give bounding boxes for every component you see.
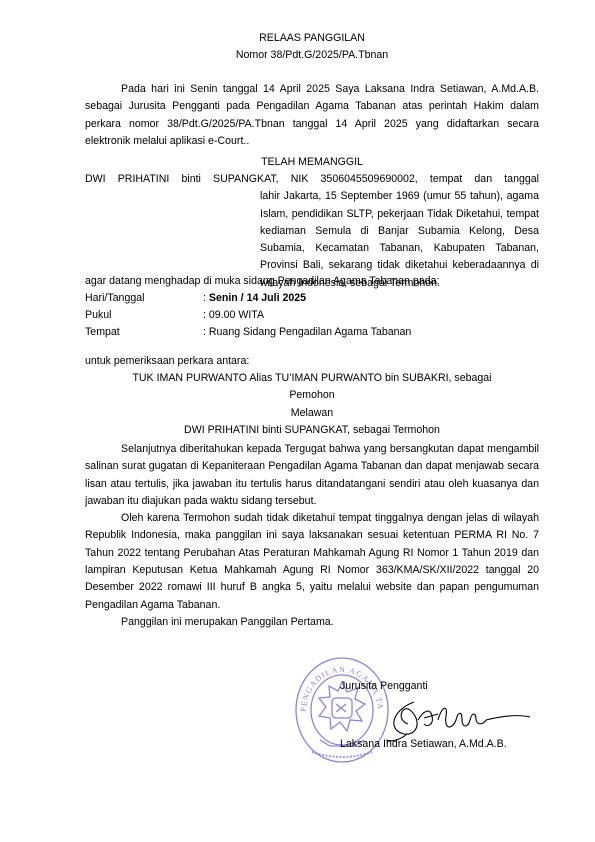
schedule-row-date: Hari/Tanggal : Senin / 14 Juli 2025 (85, 290, 539, 307)
schedule-lead: agar datang menghadap di muka sidang Pen… (85, 273, 539, 290)
petitioner-role: Pemohon (85, 387, 539, 404)
intro-paragraph: Pada hari ini Senin tanggal 14 April 202… (85, 81, 539, 150)
signer-role: Jurusita Pengganti (340, 680, 428, 692)
paragraph-legal-basis: Oleh karena Termohon sudah tidak diketah… (85, 510, 539, 614)
petitioner: TUK IMAN PURWANTO Alias TU’IMAN PURWANTO… (85, 370, 539, 387)
schedule-date-value: Senin / 14 Juli 2025 (209, 292, 306, 304)
schedule-row-time: Pukul : 09.00 WITA (85, 307, 539, 324)
body-paragraphs: Selanjutnya diberitahukan kepada Terguga… (85, 441, 539, 631)
summoned-heading: TELAH MEMANGGIL (85, 154, 539, 171)
schedule-label: Pukul (85, 307, 203, 324)
signature-mark (352, 690, 532, 745)
case-parties: TUK IMAN PURWANTO Alias TU’IMAN PURWANTO… (85, 370, 539, 439)
case-lead: untuk pemeriksaan perkara antara: (85, 353, 539, 370)
case-number: Nomor 38/Pdt.G/2025/PA.Tbnan (85, 47, 539, 64)
schedule-label: Hari/Tanggal (85, 290, 203, 307)
schedule-label: Tempat (85, 324, 203, 341)
document-header: RELAAS PANGGILAN Nomor 38/Pdt.G/2025/PA.… (85, 30, 539, 64)
summoned-name: DWI PRIHATINI binti SUPANGKAT, NIK 35060… (85, 171, 539, 188)
paragraph-notice: Selanjutnya diberitahukan kepada Terguga… (85, 441, 539, 510)
versus-label: Melawan (85, 405, 539, 422)
schedule-place-value: : Ruang Sidang Pengadilan Agama Tabanan (203, 324, 411, 341)
signer-name: Laksana Indra Setiawan, A.Md.A.B. (340, 738, 507, 750)
schedule-time-value: : 09.00 WITA (203, 307, 264, 324)
document-title: RELAAS PANGGILAN (85, 30, 539, 47)
schedule-table: Hari/Tanggal : Senin / 14 Juli 2025 Puku… (85, 290, 539, 341)
respondent: DWI PRIHATINI binti SUPANGKAT, sebagai T… (85, 422, 539, 439)
paragraph-summons-order: Panggilan ini merupakan Panggilan Pertam… (85, 614, 539, 631)
schedule-row-place: Tempat : Ruang Sidang Pengadilan Agama T… (85, 324, 539, 341)
